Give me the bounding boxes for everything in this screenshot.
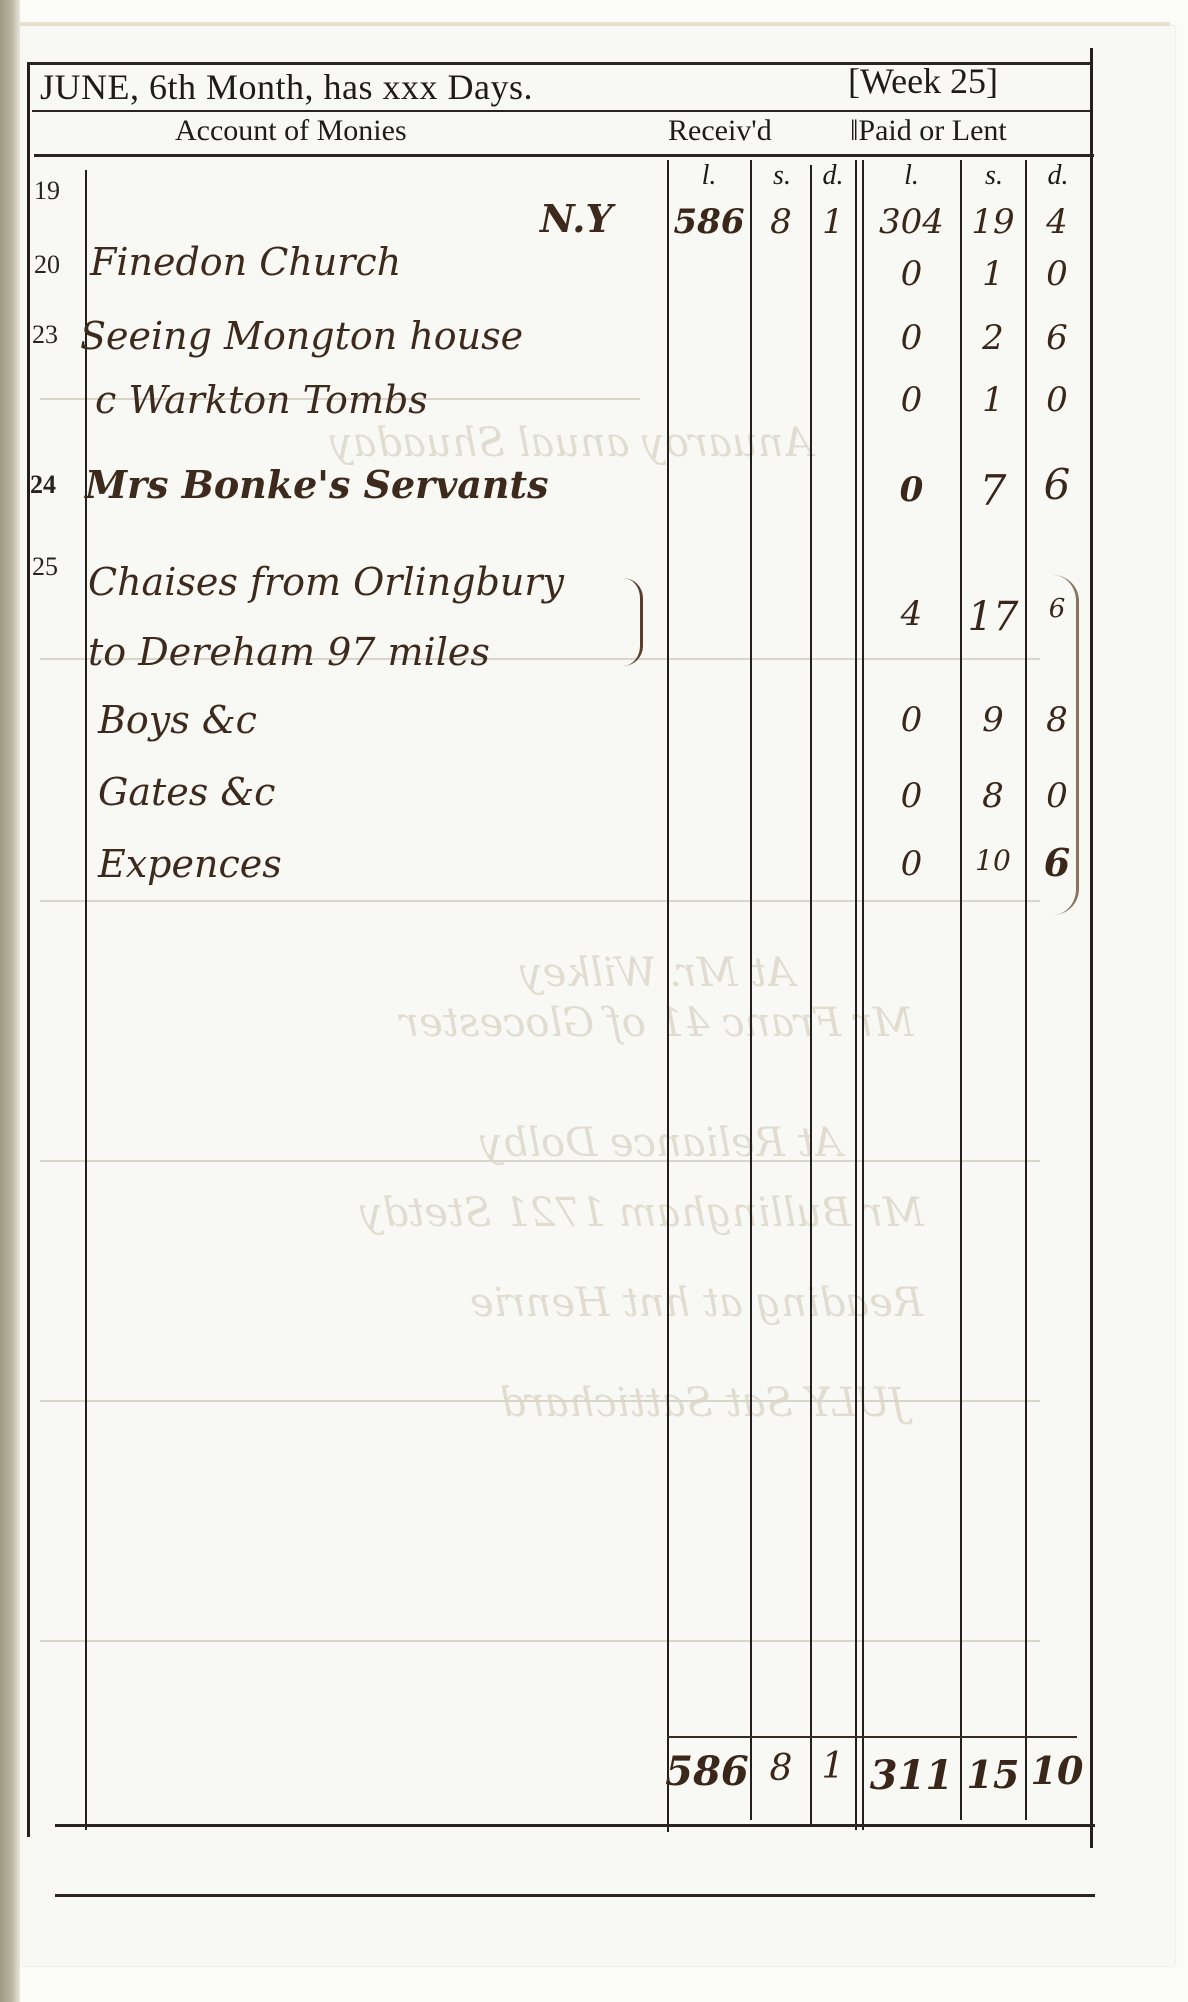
- paid-pence: 6: [1026, 318, 1088, 358]
- header-rule: [34, 154, 1094, 157]
- paid-shillings: 8: [962, 776, 1024, 816]
- margin-brace: [1050, 575, 1079, 915]
- paid-pounds: 0: [864, 700, 959, 740]
- entry-description: Chaises from Orlingbury: [88, 560, 564, 604]
- paid-pounds: 304: [864, 202, 959, 242]
- received-l-divider: [667, 160, 669, 1832]
- paid-shillings: 19: [962, 202, 1024, 242]
- entry-description: Boys &c: [98, 698, 257, 742]
- book-binding: [0, 0, 20, 2002]
- paid-shillings: 2: [962, 318, 1024, 358]
- received-pounds-header: l.: [670, 160, 748, 192]
- bleed-line: [40, 1160, 1040, 1162]
- entry-date: 19: [34, 176, 60, 206]
- bleed-line: [40, 1400, 1040, 1402]
- entry-description: Mrs Bonke's Servants: [85, 462, 548, 507]
- entry-brace: [600, 578, 643, 666]
- paid-pounds-header: l.: [864, 160, 959, 192]
- bleed-through-text: JULY Sat Sattichard: [500, 1380, 906, 1426]
- total-paid-pounds: 311: [864, 1752, 959, 1799]
- bleed-through-text: Mr Franc 41 of Glocester: [400, 1000, 914, 1046]
- total-received-pence: 1: [812, 1746, 854, 1787]
- entry-description: Gates &c: [98, 770, 275, 814]
- left-border: [27, 62, 30, 1837]
- paid-pence: 0: [1026, 380, 1088, 420]
- received-d-divider: [810, 165, 812, 1825]
- paid-pounds: 0: [864, 254, 959, 294]
- paid-pounds: 4: [864, 594, 959, 634]
- entry-description: Seeing Mongton house: [80, 314, 523, 358]
- entry-description: N.Y: [540, 196, 613, 241]
- total-paid-pence: 10: [1026, 1748, 1088, 1793]
- entry-description: to Dereham 97 miles: [88, 630, 490, 674]
- paid-shillings: 1: [962, 254, 1024, 294]
- bleed-through-text: Anuaroy anual Shuaday: [330, 420, 812, 466]
- title-rule: [32, 110, 1092, 112]
- received-pence-header: d.: [812, 160, 854, 192]
- received-s-divider: [750, 160, 752, 1820]
- entry-date: 23: [32, 320, 58, 350]
- paid-shillings: 10: [962, 844, 1024, 877]
- received-shillings: 8: [752, 202, 810, 242]
- entry-date: 25: [32, 552, 58, 582]
- paid-pounds: 0: [864, 380, 959, 420]
- week-number: [Week 25]: [848, 60, 998, 102]
- paid-header: ‖Paid or Lent: [850, 114, 1007, 148]
- entry-description: c Warkton Tombs: [95, 378, 428, 422]
- double-divider-a: [855, 160, 857, 1830]
- bleed-line: [40, 900, 1040, 902]
- date-column-divider: [85, 170, 87, 1830]
- paid-pounds: 0: [864, 844, 959, 884]
- bottom-rule-1: [55, 1824, 1095, 1827]
- entry-date: 20: [34, 250, 60, 280]
- entry-description: Finedon Church: [90, 240, 401, 284]
- paid-pounds: 0: [864, 318, 959, 358]
- paid-pounds: 0: [864, 470, 959, 510]
- paid-pence: 0: [1026, 254, 1088, 294]
- paid-pence-header: d.: [1026, 160, 1090, 192]
- entry-description: Expences: [98, 842, 282, 886]
- bleed-through-text: At Mr. Wilkey: [520, 950, 795, 996]
- paid-shillings-header: s.: [962, 160, 1026, 192]
- received-pence: 1: [812, 202, 854, 242]
- bleed-line: [40, 1640, 1040, 1642]
- received-pounds: 586: [670, 202, 748, 242]
- paid-pence: 6: [1026, 460, 1088, 509]
- totals-rule: [667, 1736, 1077, 1738]
- paid-shillings: 1: [962, 380, 1024, 420]
- paid-shillings: 17: [962, 594, 1024, 640]
- total-paid-shillings: 15: [962, 1752, 1024, 1797]
- bottom-rule-2: [55, 1894, 1095, 1897]
- paid-pence: 4: [1026, 202, 1088, 242]
- total-received-pounds: 586: [664, 1748, 750, 1795]
- page-title: JUNE, 6th Month, has xxx Days.: [40, 66, 533, 108]
- paid-pounds: 0: [864, 776, 959, 816]
- received-header: Receiv'd: [668, 114, 772, 148]
- entry-date: 24: [30, 470, 56, 500]
- account-header: Account of Monies: [175, 114, 407, 148]
- paid-shillings: 7: [962, 466, 1024, 515]
- right-border: [1090, 48, 1093, 1848]
- bleed-through-text: Mr Bullingham 1721 Stetdy: [360, 1190, 924, 1236]
- total-received-shillings: 8: [752, 1748, 810, 1789]
- received-shillings-header: s.: [752, 160, 812, 192]
- paid-shillings: 9: [962, 700, 1024, 740]
